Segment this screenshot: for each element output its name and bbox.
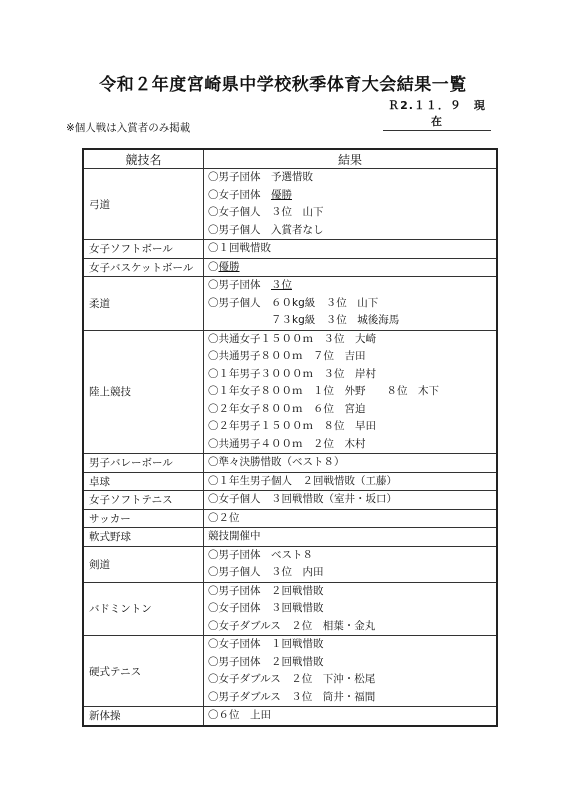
result-cell: 〇男子団体 予選惜敗〇女子団体 優勝〇女子個人 ３位 山下〇男子個人 入賞者なし bbox=[204, 169, 498, 240]
result-line: 〇男子個人 ３位 内田 bbox=[208, 564, 496, 582]
result-line: 〇２年女子８００ｍ ６位 宮迫 bbox=[208, 401, 496, 419]
sport-name: 新体操 bbox=[83, 707, 204, 726]
underlined-result: 優勝 bbox=[219, 261, 240, 273]
result-line: 〇１年女子８００ｍ １位 外野 ８位 木下 bbox=[208, 383, 496, 401]
result-text: ７３kg級 ３位 城後海馬 bbox=[208, 314, 399, 326]
table-row: 女子バスケットボール〇優勝 bbox=[83, 258, 497, 277]
result-text: 〇２位 bbox=[208, 512, 240, 524]
table-row: 軟式野球競技開催中 bbox=[83, 528, 497, 547]
result-cell: 〇２位 bbox=[204, 509, 498, 528]
result-line: 〇女子個人 ３回戦惜敗（室井・坂口） bbox=[208, 491, 496, 509]
as-of-date: Ｒ2.１１．９ 現在 bbox=[383, 97, 491, 131]
sport-name: 弓道 bbox=[83, 169, 204, 240]
result-line: 〇女子団体 １回戦惜敗 bbox=[208, 636, 496, 654]
sport-name: 硬式テニス bbox=[83, 636, 204, 707]
result-text: 〇男子団体 ２回戦惜敗 bbox=[208, 585, 324, 597]
table-row: 女子ソフトテニス〇女子個人 ３回戦惜敗（室井・坂口） bbox=[83, 491, 497, 510]
result-line: 〇男子個人 入賞者なし bbox=[208, 222, 496, 240]
result-cell: 〇男子団体 ２回戦惜敗〇女子団体 ３回戦惜敗〇女子ダブルス ２位 相葉・金丸 bbox=[204, 582, 498, 636]
result-cell: 〇女子団体 １回戦惜敗〇男子団体 ２回戦惜敗〇女子ダブルス ２位 下沖・松尾〇男… bbox=[204, 636, 498, 707]
result-cell: 〇優勝 bbox=[204, 258, 498, 277]
table-row: バドミントン〇男子団体 ２回戦惜敗〇女子団体 ３回戦惜敗〇女子ダブルス ２位 相… bbox=[83, 582, 497, 636]
result-cell: 〇６位 上田 bbox=[204, 707, 498, 726]
sport-name: 女子バスケットボール bbox=[83, 258, 204, 277]
result-line: 〇女子団体 優勝 bbox=[208, 187, 496, 205]
result-cell: 〇男子団体 ３位〇男子個人 ６０kg級 ３位 山下 ７３kg級 ３位 城後海馬 bbox=[204, 277, 498, 331]
result-cell: 〇女子個人 ３回戦惜敗（室井・坂口） bbox=[204, 491, 498, 510]
result-text: 〇男子個人 ６０kg級 ３位 山下 bbox=[208, 297, 378, 309]
result-cell: 〇共通女子１５００ｍ ３位 大崎〇共通男子８００ｍ ７位 吉田〇１年男子３０００… bbox=[204, 330, 498, 454]
result-line: 〇男子団体 ２回戦惜敗 bbox=[208, 654, 496, 672]
table-row: 卓球〇１年生男子個人 ２回戦惜敗（工藤） bbox=[83, 472, 497, 491]
result-text: 〇女子団体 bbox=[208, 189, 271, 201]
sport-name: 剣道 bbox=[83, 546, 204, 582]
result-text: 〇女子ダブルス ２位 相葉・金丸 bbox=[208, 620, 375, 632]
table-row: 女子ソフトボール〇１回戦惜敗 bbox=[83, 240, 497, 259]
table-row: 柔道〇男子団体 ３位〇男子個人 ６０kg級 ３位 山下 ７３kg級 ３位 城後海… bbox=[83, 277, 497, 331]
result-line: 〇男子個人 ６０kg級 ３位 山下 bbox=[208, 295, 496, 313]
result-cell: 〇男子団体 ベスト８〇男子個人 ３位 内田 bbox=[204, 546, 498, 582]
table-row: 剣道〇男子団体 ベスト８〇男子個人 ３位 内田 bbox=[83, 546, 497, 582]
result-line: 〇共通男子８００ｍ ７位 吉田 bbox=[208, 348, 496, 366]
result-text: 〇共通女子１５００ｍ ３位 大崎 bbox=[208, 333, 376, 345]
result-line: ７３kg級 ３位 城後海馬 bbox=[208, 312, 496, 330]
result-line: 〇男子団体 ３位 bbox=[208, 277, 496, 295]
table-row: 新体操〇６位 上田 bbox=[83, 707, 497, 726]
result-text: 〇男子団体 予選惜敗 bbox=[208, 171, 313, 183]
result-text: 〇６位 上田 bbox=[208, 709, 271, 721]
table-row: 陸上競技〇共通女子１５００ｍ ３位 大崎〇共通男子８００ｍ ７位 吉田〇１年男子… bbox=[83, 330, 497, 454]
result-text: 〇準々決勝惜敗（ベスト８） bbox=[208, 456, 345, 468]
result-line: 〇共通男子４００ｍ ２位 木村 bbox=[208, 436, 496, 454]
result-text: 〇男子団体 ２回戦惜敗 bbox=[208, 656, 324, 668]
result-line: 〇６位 上田 bbox=[208, 707, 496, 725]
result-cell: 〇１年生男子個人 ２回戦惜敗（工藤） bbox=[204, 472, 498, 491]
result-text: 〇男子団体 ベスト８ bbox=[208, 549, 313, 561]
sport-name: 軟式野球 bbox=[83, 528, 204, 547]
result-text: 〇女子団体 １回戦惜敗 bbox=[208, 638, 324, 650]
result-cell: 〇１回戦惜敗 bbox=[204, 240, 498, 259]
result-text: 〇女子個人 ３回戦惜敗（室井・坂口） bbox=[208, 493, 397, 505]
result-line: 〇男子団体 予選惜敗 bbox=[208, 169, 496, 187]
result-line: 〇男子ダブルス ３位 筒井・福間 bbox=[208, 689, 496, 707]
result-text: 〇１回戦惜敗 bbox=[208, 242, 271, 254]
result-line: 〇女子個人 ３位 山下 bbox=[208, 204, 496, 222]
underlined-result: ３位 bbox=[271, 279, 292, 291]
result-text: 〇男子個人 入賞者なし bbox=[208, 224, 324, 236]
sport-name: 男子バレーボール bbox=[83, 454, 204, 473]
result-text: 〇１年男子３０００ｍ ３位 岸村 bbox=[208, 368, 376, 380]
sport-name: 柔道 bbox=[83, 277, 204, 331]
sport-name: 卓球 bbox=[83, 472, 204, 491]
result-text: 〇女子団体 ３回戦惜敗 bbox=[208, 602, 324, 614]
result-text: 〇１年女子８００ｍ １位 外野 ８位 木下 bbox=[208, 385, 439, 397]
result-text: 〇 bbox=[208, 261, 219, 273]
table-row: 男子バレーボール〇準々決勝惜敗（ベスト８） bbox=[83, 454, 497, 473]
result-text: 〇共通男子８００ｍ ７位 吉田 bbox=[208, 350, 366, 362]
result-text: 〇１年生男子個人 ２回戦惜敗（工藤） bbox=[208, 475, 397, 487]
underlined-result: 優勝 bbox=[271, 189, 292, 201]
result-line: 〇優勝 bbox=[208, 259, 496, 277]
header-result: 結果 bbox=[204, 149, 498, 169]
result-line: 〇１年生男子個人 ２回戦惜敗（工藤） bbox=[208, 473, 496, 491]
result-line: 〇共通女子１５００ｍ ３位 大崎 bbox=[208, 331, 496, 349]
results-body: 弓道〇男子団体 予選惜敗〇女子団体 優勝〇女子個人 ３位 山下〇男子個人 入賞者… bbox=[83, 169, 497, 726]
result-line: 〇男子団体 ２回戦惜敗 bbox=[208, 583, 496, 601]
result-text: 〇２年男子１５００ｍ ８位 早田 bbox=[208, 420, 376, 432]
results-table: 競技名 結果 弓道〇男子団体 予選惜敗〇女子団体 優勝〇女子個人 ３位 山下〇男… bbox=[82, 148, 498, 727]
result-text: 〇男子団体 bbox=[208, 279, 271, 291]
result-line: 〇女子ダブルス ２位 下沖・松尾 bbox=[208, 671, 496, 689]
result-text: 〇女子個人 ３位 山下 bbox=[208, 206, 324, 218]
result-text: 競技開催中 bbox=[208, 530, 261, 542]
table-row: 弓道〇男子団体 予選惜敗〇女子団体 優勝〇女子個人 ３位 山下〇男子個人 入賞者… bbox=[83, 169, 497, 240]
table-row: サッカー〇２位 bbox=[83, 509, 497, 528]
result-cell: 競技開催中 bbox=[204, 528, 498, 547]
result-text: 〇男子個人 ３位 内田 bbox=[208, 566, 324, 578]
note-text: ※個人戦は入賞者のみ掲載 bbox=[66, 120, 190, 135]
sport-name: バドミントン bbox=[83, 582, 204, 636]
sport-name: 女子ソフトボール bbox=[83, 240, 204, 259]
document-title: 令和２年度宮崎県中学校秋季体育大会結果一覧 bbox=[0, 70, 566, 95]
result-line: 〇２位 bbox=[208, 510, 496, 528]
header-sport: 競技名 bbox=[83, 149, 204, 169]
result-line: 〇１回戦惜敗 bbox=[208, 240, 496, 258]
sport-name: 女子ソフトテニス bbox=[83, 491, 204, 510]
result-text: 〇共通男子４００ｍ ２位 木村 bbox=[208, 438, 366, 450]
result-text: 〇女子ダブルス ２位 下沖・松尾 bbox=[208, 673, 375, 685]
result-line: 〇男子団体 ベスト８ bbox=[208, 547, 496, 565]
result-line: 〇女子ダブルス ２位 相葉・金丸 bbox=[208, 618, 496, 636]
result-text: 〇男子ダブルス ３位 筒井・福間 bbox=[208, 691, 375, 703]
sport-name: サッカー bbox=[83, 509, 204, 528]
sport-name: 陸上競技 bbox=[83, 330, 204, 454]
result-line: 〇女子団体 ３回戦惜敗 bbox=[208, 600, 496, 618]
result-line: 〇１年男子３０００ｍ ３位 岸村 bbox=[208, 366, 496, 384]
table-header-row: 競技名 結果 bbox=[83, 149, 497, 169]
result-text: 〇２年女子８００ｍ ６位 宮迫 bbox=[208, 403, 366, 415]
table-row: 硬式テニス〇女子団体 １回戦惜敗〇男子団体 ２回戦惜敗〇女子ダブルス ２位 下沖… bbox=[83, 636, 497, 707]
result-cell: 〇準々決勝惜敗（ベスト８） bbox=[204, 454, 498, 473]
result-line: 競技開催中 bbox=[208, 528, 496, 546]
result-line: 〇２年男子１５００ｍ ８位 早田 bbox=[208, 418, 496, 436]
result-line: 〇準々決勝惜敗（ベスト８） bbox=[208, 454, 496, 472]
